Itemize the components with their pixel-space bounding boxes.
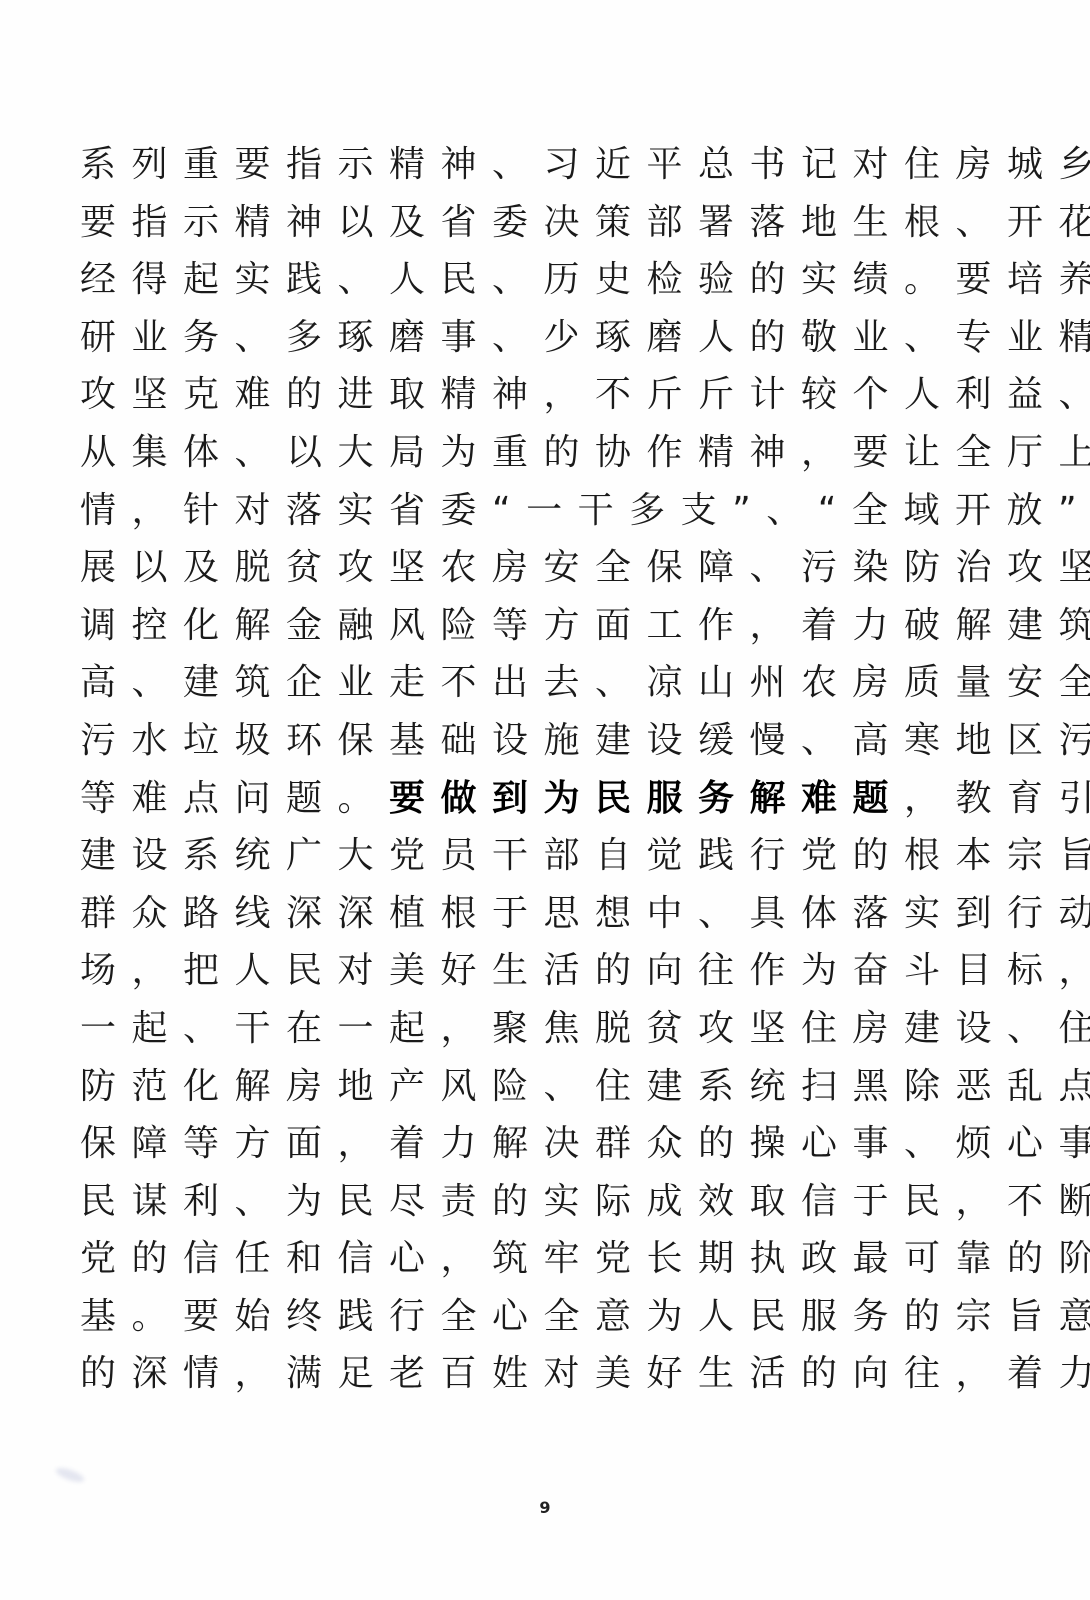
text-segment: ，教育引导全省住房城乡 <box>904 778 1090 819</box>
text-line: 建设系统广大党员干部自觉践行党的根本宗旨，把群众观点、 <box>80 827 956 885</box>
text-line: 场，把人民对美好生活的向往作为奋斗目标，自觉同人民想在 <box>80 942 956 1000</box>
text-line: 经得起实践、人民、历史检验的实绩。要培养全厅上下乐于钻 <box>80 251 956 309</box>
scan-artifact <box>54 1465 86 1485</box>
text-line: 污水垃圾环保基础设施建设缓慢、高寒地区污水处理效果不佳 <box>80 712 956 770</box>
text-segment: 等难点问题。 <box>80 778 389 819</box>
text-line: 高、建筑企业走不出去、凉山州农房质量安全监管任务艰巨、 <box>80 654 956 712</box>
text-line: 要指示精神以及省委决策部署落地生根、开花结果，努力创造 <box>80 194 956 252</box>
text-line: 一起、干在一起，聚焦脱贫攻坚住房建设、住建领域污染防治、 <box>80 1000 956 1058</box>
text-line: 展以及脱贫攻坚农房安全保障、污染防治攻坚战、房地产市场 <box>80 539 956 597</box>
text-line: 基。要始终践行全心全意为人民服务的宗旨意识，满含对群众 <box>80 1288 956 1346</box>
document-page: 系列重要指示精神、习近平总书记对住房城乡建设工作系列重 要指示精神以及省委决策部… <box>0 0 1090 1600</box>
bold-heading-phrase: 要做到为民服务解难题 <box>389 778 904 819</box>
text-line-with-emphasis: 等难点问题。要做到为民服务解难题，教育引导全省住房城乡 <box>80 770 956 828</box>
body-text: 系列重要指示精神、习近平总书记对住房城乡建设工作系列重 要指示精神以及省委决策部… <box>80 136 960 1403</box>
text-line: 民谋利、为民尽责的实际成效取信于民，不断增强人民群众对 <box>80 1173 956 1231</box>
text-line: 系列重要指示精神、习近平总书记对住房城乡建设工作系列重 <box>80 136 956 194</box>
text-line: 调控化解金融风险等方面工作，着力破解建筑产业发展质量不 <box>80 597 956 655</box>
text-line: 防范化解房地产风险、住建系统扫黑除恶乱点乱象整治、住房 <box>80 1058 956 1116</box>
text-line: 群众路线深深植根于思想中、具体落实到行动上，坚守人民立 <box>80 885 956 943</box>
text-line: 从集体、以大局为重的协作精神，要让全厅上下对工作充满激 <box>80 424 956 482</box>
text-line: 情，针对落实省委“一干多支”、“全域开放”、“5+1”现代产业发 <box>80 482 956 540</box>
text-line: 研业务、多琢磨事、少琢磨人的敬业、专业精神，主动担当、 <box>80 309 956 367</box>
text-line: 攻坚克难的进取精神，不斤斤计较个人利益、得失，以个人服 <box>80 366 956 424</box>
text-line: 党的信任和信心，筑牢党长期执政最可靠的阶级基础和群众根 <box>80 1230 956 1288</box>
text-line: 保障等方面，着力解决群众的操心事、烦心事、揪心事，以为 <box>80 1115 956 1173</box>
page-number: 9 <box>0 1498 1090 1517</box>
text-line: 的深情，满足老百姓对美好生活的向往，着力抓好老旧小区改 <box>80 1345 956 1403</box>
